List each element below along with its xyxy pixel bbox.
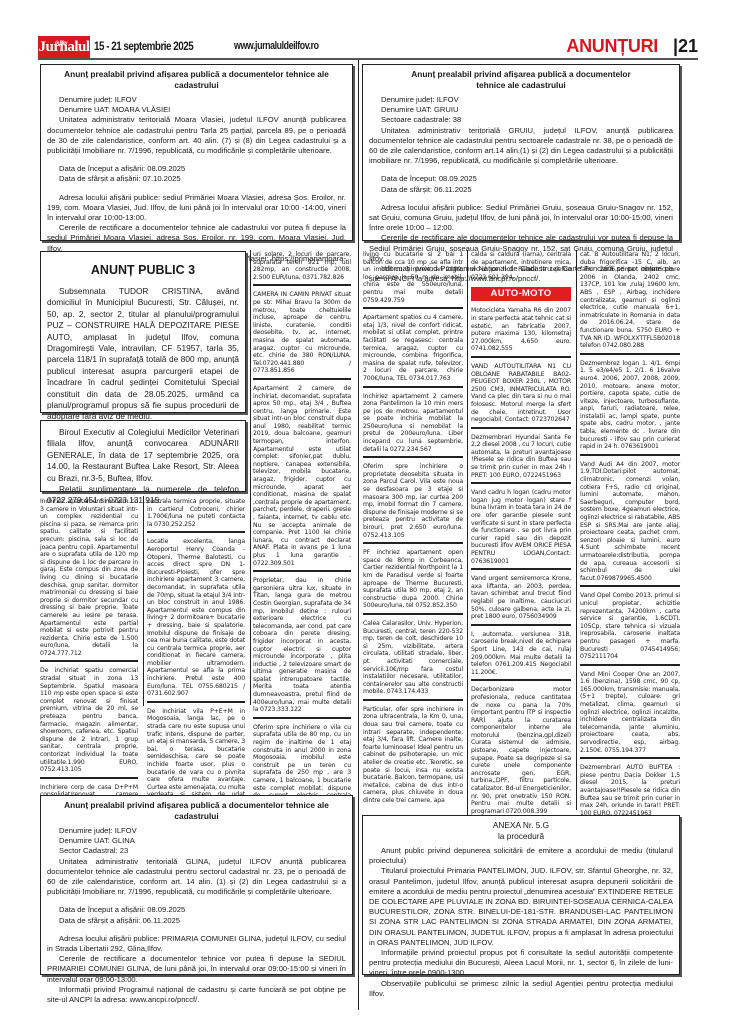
auto-moto-banner: AUTO-MOTO	[471, 287, 571, 301]
classifieds-column-4: living cu bucatarie si 2 bai 1 balcon de…	[363, 249, 463, 811]
classified-ad: uri solare, 2 locuri de parcare, suprafa…	[253, 249, 351, 286]
classified-ad: Particular, ofer spre inchiriere in zona…	[363, 704, 463, 808]
classified-ad: Calea Calarasilor, Univ. Hyperion, Bucur…	[363, 618, 463, 701]
newspaper-logo: de Ilfov Jurnalul	[38, 36, 90, 58]
section-title: ANUNȚURI	[566, 36, 658, 57]
column-divider	[143, 496, 144, 706]
notice-title: ANUNȚ PUBLIC 3	[47, 262, 239, 278]
page-header: de Ilfov Jurnalul 15 - 21 septembrie 202…	[38, 36, 698, 58]
classified-ad: Apartament 2 camere de inchiriat, decoma…	[253, 383, 351, 572]
page-number: |21	[673, 36, 698, 57]
header-divider	[38, 58, 698, 60]
classifieds-column-5: calda si caldura (iarna), centrala de ap…	[471, 249, 571, 839]
notice-veterinary: Biroul Executiv al Colegiului Medicilor …	[40, 420, 246, 492]
classified-ad: Locatie excelenta, langa Aeroportul Henr…	[147, 536, 245, 702]
classified-ad: PF inchriez apartament open space de 80m…	[363, 547, 463, 615]
column-divider	[250, 250, 251, 705]
classified-ad: cat. B Autoutilitara N1, 2 locuri, duba …	[580, 249, 680, 355]
classified-ad: calda si caldura (iarna), centrala de ap…	[471, 249, 571, 284]
classified-ad: Vand Opel Combo 2013, primul si unicul p…	[580, 590, 680, 665]
notice-moara-vlasiei: Anunț prealabil privind afișarea publică…	[40, 64, 353, 241]
classified-ad: Apartament spatios cu 4 camere, etaj 1/3…	[363, 312, 463, 387]
classified-ad: Dezmembrari Hyundai Santa Fe 2,2 diesel …	[471, 432, 571, 485]
classifieds-column-2: centrala termica proprie, situate in car…	[147, 496, 245, 835]
classified-ad: Oferim spre inchiriere o proprietate deo…	[363, 461, 463, 544]
notice-title: Anunț prealabil privind afișarea publică…	[47, 69, 346, 91]
website-url[interactable]: www.jurnaluldeilfov.ro	[234, 40, 319, 52]
classified-ad: Proprietar, dau in chirie garsoniera ult…	[253, 575, 351, 719]
classified-ad: Decarbonizare motor profesionala, reduce…	[471, 684, 571, 820]
notice-pantelimon: ANEXA Nr. 5.G la procedură Anunț public …	[362, 815, 680, 975]
notice-public-3: ANUNȚ PUBLIC 3 Subsemnata TUDOR CRISTINA…	[40, 251, 246, 413]
classified-ad: Vand Mini Cooper One an 2007, 1.6 (benzi…	[580, 669, 680, 760]
classifieds-column-1: Inchiriez apartament modern cu 3 camere …	[40, 496, 138, 835]
notice-glina: Anunț prealabil privind afișarea publică…	[40, 795, 353, 975]
issue-date: 15 - 21 septembrie 2025	[94, 39, 193, 53]
classified-ad: Motocicleta Yamaha R6 din 2007 in stare …	[471, 305, 571, 358]
classified-ad: VAND AUTOUTILITARA N1 CU OBLOANE RABATAB…	[471, 361, 571, 429]
classified-ad: De inchiriat spatiu comercial stradal si…	[40, 665, 138, 778]
column-divider	[467, 250, 468, 840]
classified-ad: living cu bucatarie si 2 bai 1 balcon de…	[363, 249, 463, 309]
classified-ad: Vand urgent semiremorca Krone, axa lifta…	[471, 573, 571, 626]
classifieds-column-3: uri solare, 2 locuri de parcare, suprafa…	[253, 249, 351, 869]
classified-ad: Dezmembrari AUTO BUFTEA : piese pentru D…	[580, 762, 680, 820]
classified-ad: Vand cadru h logan (cadru motor logan ju…	[471, 487, 571, 570]
notice-title: Anunț prealabil privind afișarea publică…	[369, 69, 673, 91]
classified-ad: Dezmembrez logan 1. 4/1. 6mpi 1. 5 e3/e4…	[580, 358, 680, 456]
classified-ad: I, automata, versiunea 318, caroserie br…	[471, 629, 571, 682]
column-divider	[358, 60, 359, 1010]
classified-ad: Inchiriez apartament modern cu 3 camere …	[40, 496, 138, 662]
annex-title: ANEXA Nr. 5.G	[369, 820, 673, 831]
column-divider	[576, 250, 577, 810]
notice-title: Anunț prealabil privind afișarea publică…	[47, 800, 346, 822]
annex-subtitle: la procedură	[369, 831, 673, 842]
classifieds-column-6: cat. B Autoutilitara N1, 2 locuri, duba …	[580, 249, 680, 823]
classified-ad: Vand Audi A4 din 2007, motor 1.9.TDI.Dot…	[580, 459, 680, 588]
classified-ad: CAMERA IN CAMIN PRIVAT situat pe str. Mi…	[253, 289, 351, 380]
classified-ad: Inchiriez apartamemt 2 camere zona Pante…	[363, 391, 463, 459]
classified-ad: centrala termica proprie, situate in car…	[147, 496, 245, 533]
notice-gruiu: Anunț prealabil privind afișarea publică…	[362, 64, 680, 241]
